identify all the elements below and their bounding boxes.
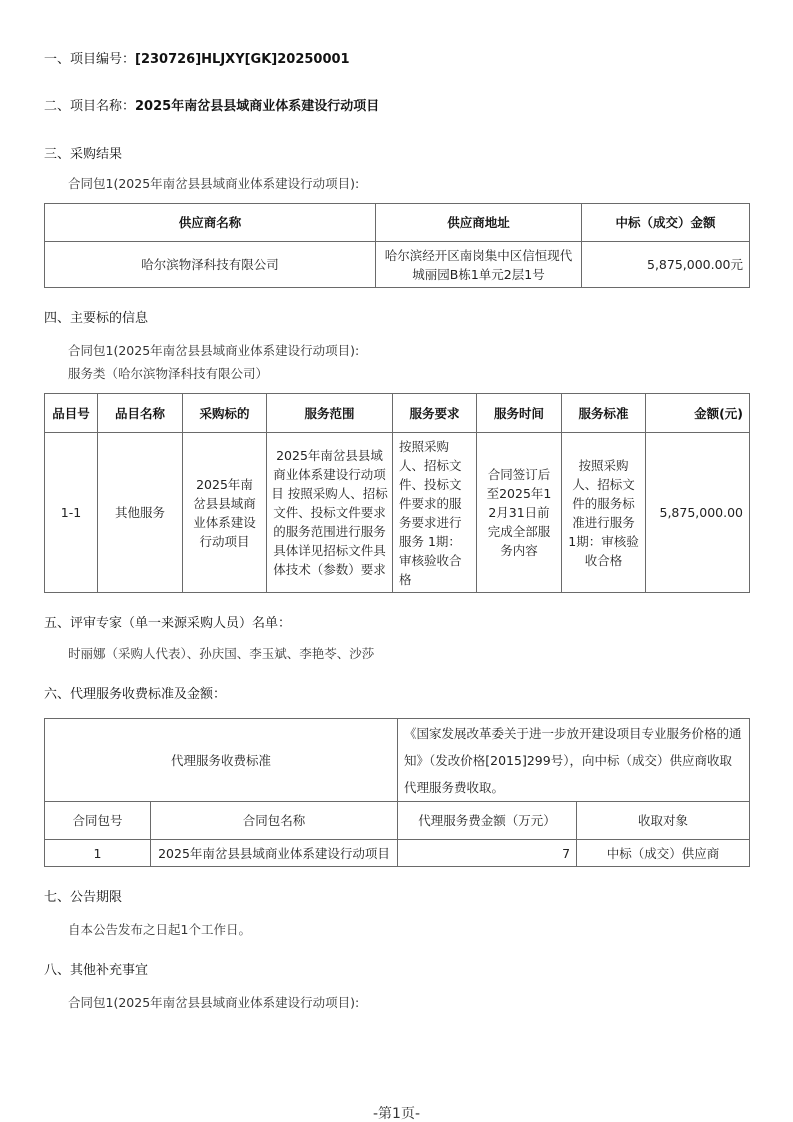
other-package-line: 合同包1(2025年南岔县县域商业体系建设行动项目): xyxy=(68,993,359,1011)
header-award-amount: 中标（成交）金额 xyxy=(582,204,750,242)
section-procurement-result-heading: 三、采购结果 xyxy=(44,143,122,162)
header-amount: 金额(元) xyxy=(646,394,750,433)
package-no: 1 xyxy=(45,840,151,867)
item-name: 其他服务 xyxy=(98,433,183,593)
header-requirement: 服务要求 xyxy=(393,394,477,433)
supplier-name: 哈尔滨物泽科技有限公司 xyxy=(45,242,376,288)
item-no: 1-1 xyxy=(45,433,98,593)
header-payer: 收取对象 xyxy=(577,802,750,840)
award-amount: 5,875,000.00元 xyxy=(582,242,750,288)
service-standard: 按照采购人、招标文件的服务标准进行服务 1期：审核验收合格 xyxy=(562,433,646,593)
section-period-heading: 七、公告期限 xyxy=(44,886,122,905)
section-experts-heading: 五、评审专家（单一来源采购人员）名单： xyxy=(44,612,291,631)
period-text: 自本公告发布之日起1个工作日。 xyxy=(68,920,251,938)
header-package-no: 合同包号 xyxy=(45,802,151,840)
section-label: 二、项目名称： xyxy=(44,99,135,114)
result-table-header: 供应商名称 供应商地址 中标（成交）金额 xyxy=(45,204,750,242)
procurement-target: 2025年南岔县县域商业体系建设行动项目 xyxy=(183,433,267,593)
header-scope: 服务范围 xyxy=(267,394,393,433)
subject-package-line: 合同包1(2025年南岔县县域商业体系建设行动项目): xyxy=(68,341,359,359)
section-project-number: 一、项目编号：[230726]HLJXY[GK]20250001 xyxy=(44,48,350,67)
service-requirement: 按照采购人、招标文件、投标文件要求的服务要求进行服务 1期：审核验收合格 xyxy=(393,433,477,593)
table-row: 1-1 其他服务 2025年南岔县县域商业体系建设行动项目 2025年南岔县县域… xyxy=(45,433,750,593)
table-row: 1 2025年南岔县县域商业体系建设行动项目 7 中标（成交）供应商 xyxy=(45,840,750,867)
supplier-address: 哈尔滨经开区南岗集中区信恒现代城丽园B栋1单元2层1号 xyxy=(376,242,582,288)
header-target: 采购标的 xyxy=(183,394,267,433)
page-number: -第1页- xyxy=(0,1103,793,1122)
service-time: 合同签订后至2025年12月31日前完成全部服务内容 xyxy=(477,433,562,593)
fee-standard-row: 代理服务收费标准 《国家发展改革委关于进一步放开建设项目专业服务价格的通知》（发… xyxy=(45,719,750,802)
service-scope: 2025年南岔县县域商业体系建设行动项目 按照采购人、招标文件、投标文件要求的服… xyxy=(267,433,393,593)
header-standard: 服务标准 xyxy=(562,394,646,433)
agency-fee-header: 合同包号 合同包名称 代理服务费金额（万元） 收取对象 xyxy=(45,802,750,840)
header-supplier-name: 供应商名称 xyxy=(45,204,376,242)
section-other-heading: 八、其他补充事宜 xyxy=(44,959,148,978)
header-item-name: 品目名称 xyxy=(98,394,183,433)
agency-fee-table: 代理服务收费标准 《国家发展改革委关于进一步放开建设项目专业服务价格的通知》（发… xyxy=(44,718,750,867)
table-row: 哈尔滨物泽科技有限公司 哈尔滨经开区南岗集中区信恒现代城丽园B栋1单元2层1号 … xyxy=(45,242,750,288)
package-name: 2025年南岔县县域商业体系建设行动项目 xyxy=(151,840,398,867)
header-time: 服务时间 xyxy=(477,394,562,433)
subject-table-header: 品目号 品目名称 采购标的 服务范围 服务要求 服务时间 服务标准 金额(元) xyxy=(45,394,750,433)
header-supplier-address: 供应商地址 xyxy=(376,204,582,242)
header-fee-amount: 代理服务费金额（万元） xyxy=(398,802,577,840)
experts-names: 时丽娜（采购人代表）、孙庆国、李玉斌、李艳苓、沙莎 xyxy=(68,644,374,662)
subject-table: 品目号 品目名称 采购标的 服务范围 服务要求 服务时间 服务标准 金额(元) … xyxy=(44,393,750,593)
result-package-line: 合同包1(2025年南岔县县域商业体系建设行动项目): xyxy=(68,174,359,192)
section-project-name: 二、项目名称：2025年南岔县县域商业体系建设行动项目 xyxy=(44,95,379,114)
section-agency-fee-heading: 六、代理服务收费标准及金额： xyxy=(44,683,226,702)
header-item-no: 品目号 xyxy=(45,394,98,433)
subject-category-line: 服务类（哈尔滨物泽科技有限公司） xyxy=(68,364,268,382)
item-amount: 5,875,000.00 xyxy=(646,433,750,593)
fee-standard-label: 代理服务收费标准 xyxy=(45,719,398,802)
fee-payer: 中标（成交）供应商 xyxy=(577,840,750,867)
section-label: 一、项目编号： xyxy=(44,52,135,67)
fee-amount: 7 xyxy=(398,840,577,867)
project-number: [230726]HLJXY[GK]20250001 xyxy=(135,52,350,67)
fee-standard-text: 《国家发展改革委关于进一步放开建设项目专业服务价格的通知》（发改价格[2015]… xyxy=(398,719,750,802)
result-table: 供应商名称 供应商地址 中标（成交）金额 哈尔滨物泽科技有限公司 哈尔滨经开区南… xyxy=(44,203,750,288)
project-name: 2025年南岔县县域商业体系建设行动项目 xyxy=(135,99,379,114)
header-package-name: 合同包名称 xyxy=(151,802,398,840)
section-subject-info-heading: 四、主要标的信息 xyxy=(44,307,148,326)
